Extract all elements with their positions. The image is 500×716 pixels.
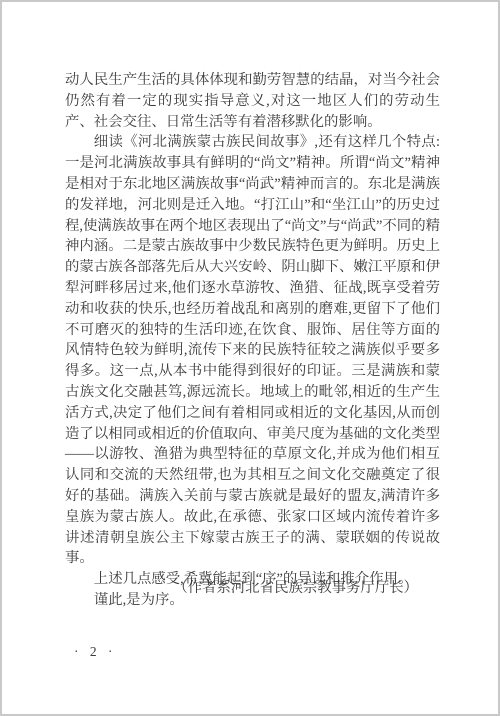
- author-attribution: （作者系河北省民族宗教事务厅厅长）: [173, 578, 418, 598]
- paragraph-features: 细读《河北满族蒙古族民间故事》,还有这样几个特点:一是河北满族故事具有鲜明的“尚…: [65, 132, 440, 569]
- page-number: · 2 ·: [74, 644, 117, 660]
- body-text: 动人民生产生活的具体体现和勤劳智慧的结晶，对当今社会仍然有着一定的现实指导意义,…: [65, 70, 440, 611]
- scanned-book-page: 动人民生产生活的具体体现和勤劳智慧的结晶，对当今社会仍然有着一定的现实指导意义,…: [0, 0, 500, 716]
- paragraph-continuation: 动人民生产生活的具体体现和勤劳智慧的结晶，对当今社会仍然有着一定的现实指导意义,…: [65, 70, 440, 132]
